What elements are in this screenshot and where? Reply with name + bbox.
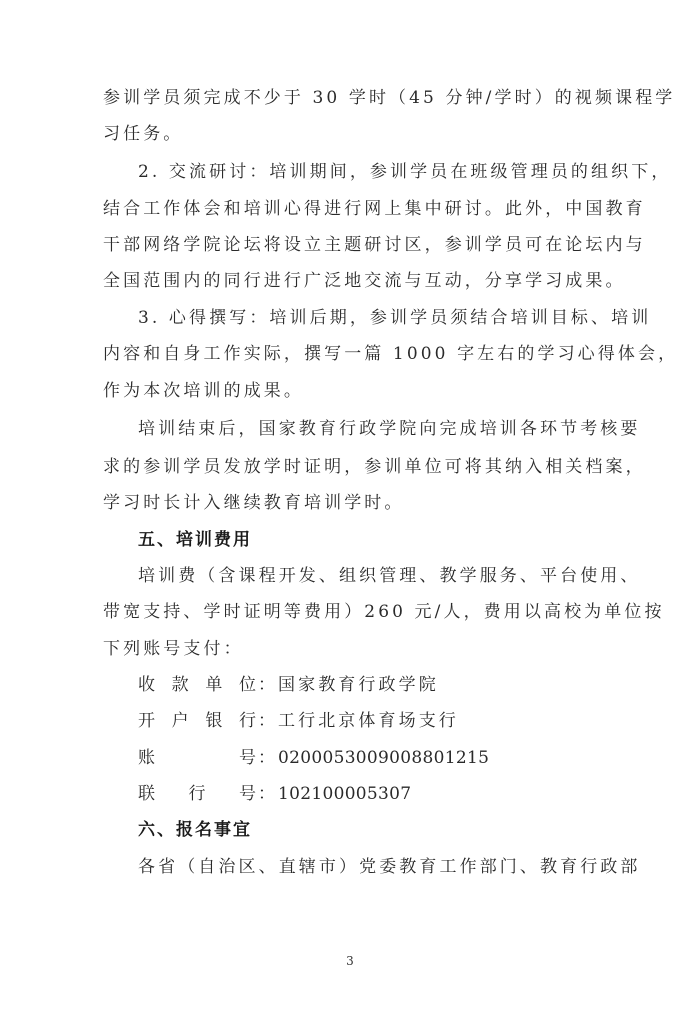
payment-field-account: 账号 ： 0200053009008801215 bbox=[138, 743, 489, 773]
payment-label-account: 账号 bbox=[138, 743, 258, 773]
payment-field-bank: 开户银行 ： 工行北京体育场支行 bbox=[138, 706, 459, 736]
fees-paragraph-line-3: 下列账号支付： bbox=[103, 634, 603, 664]
paragraph-3-line-1: 3. 心得撰写：培训后期，参训学员须结合培训目标、培训 bbox=[138, 303, 603, 333]
paragraph-2-line-1: 2. 交流研讨：培训期间，参训学员在班级管理员的组织下， bbox=[138, 157, 603, 187]
payment-field-payee: 收款单位 ： 国家教育行政学院 bbox=[138, 670, 439, 700]
section-heading-fees: 五、培训费用 bbox=[138, 525, 603, 555]
paragraph-1-line-2: 习任务。 bbox=[103, 119, 603, 149]
paragraph-3-line-3: 作为本次培训的成果。 bbox=[103, 376, 603, 406]
colon: ： bbox=[258, 779, 278, 809]
paragraph-4-line-2: 求的参训学员发放学时证明，参训单位可将其纳入相关档案， bbox=[103, 452, 603, 482]
paragraph-3-line-2: 内容和自身工作实际，撰写一篇 1000 字左右的学习心得体会， bbox=[103, 339, 603, 369]
colon: ： bbox=[258, 743, 278, 773]
payment-value-bank: 工行北京体育场支行 bbox=[278, 706, 459, 736]
payment-label-payee: 收款单位 bbox=[138, 670, 258, 700]
section-heading-registration: 六、报名事宜 bbox=[138, 815, 603, 845]
colon: ： bbox=[258, 670, 278, 700]
paragraph-1-line-1: 参训学员须完成不少于 30 学时（45 分钟/学时）的视频课程学 bbox=[103, 83, 603, 113]
paragraph-2-line-4: 全国范围内的同行进行广泛地交流与互动，分享学习成果。 bbox=[103, 266, 603, 296]
document-page: 参训学员须完成不少于 30 学时（45 分钟/学时）的视频课程学 习任务。 2.… bbox=[0, 0, 700, 1016]
paragraph-4-line-1: 培训结束后，国家教育行政学院向完成培训各环节考核要 bbox=[138, 414, 603, 444]
colon: ： bbox=[258, 706, 278, 736]
fees-paragraph-line-2: 带宽支持、学时证明等费用）260 元/人，费用以高校为单位按 bbox=[103, 597, 603, 627]
fees-paragraph-line-1: 培训费（含课程开发、组织管理、教学服务、平台使用、 bbox=[138, 561, 603, 591]
payment-value-account: 0200053009008801215 bbox=[278, 743, 489, 773]
payment-field-clearing-number: 联行号 ： 102100005307 bbox=[138, 779, 411, 809]
payment-value-payee: 国家教育行政学院 bbox=[278, 670, 439, 700]
paragraph-4-line-3: 学习时长计入继续教育培训学时。 bbox=[103, 488, 603, 518]
page-number: 3 bbox=[0, 954, 700, 968]
payment-label-clearing-number: 联行号 bbox=[138, 779, 258, 809]
paragraph-2-line-2: 结合工作体会和培训心得进行网上集中研讨。此外，中国教育 bbox=[103, 194, 603, 224]
payment-value-clearing-number: 102100005307 bbox=[278, 779, 411, 809]
paragraph-2-line-3: 干部网络学院论坛将设立主题研讨区，参训学员可在论坛内与 bbox=[103, 230, 603, 260]
registration-paragraph-line-1: 各省（自治区、直辖市）党委教育工作部门、教育行政部 bbox=[138, 852, 603, 882]
payment-label-bank: 开户银行 bbox=[138, 706, 258, 736]
